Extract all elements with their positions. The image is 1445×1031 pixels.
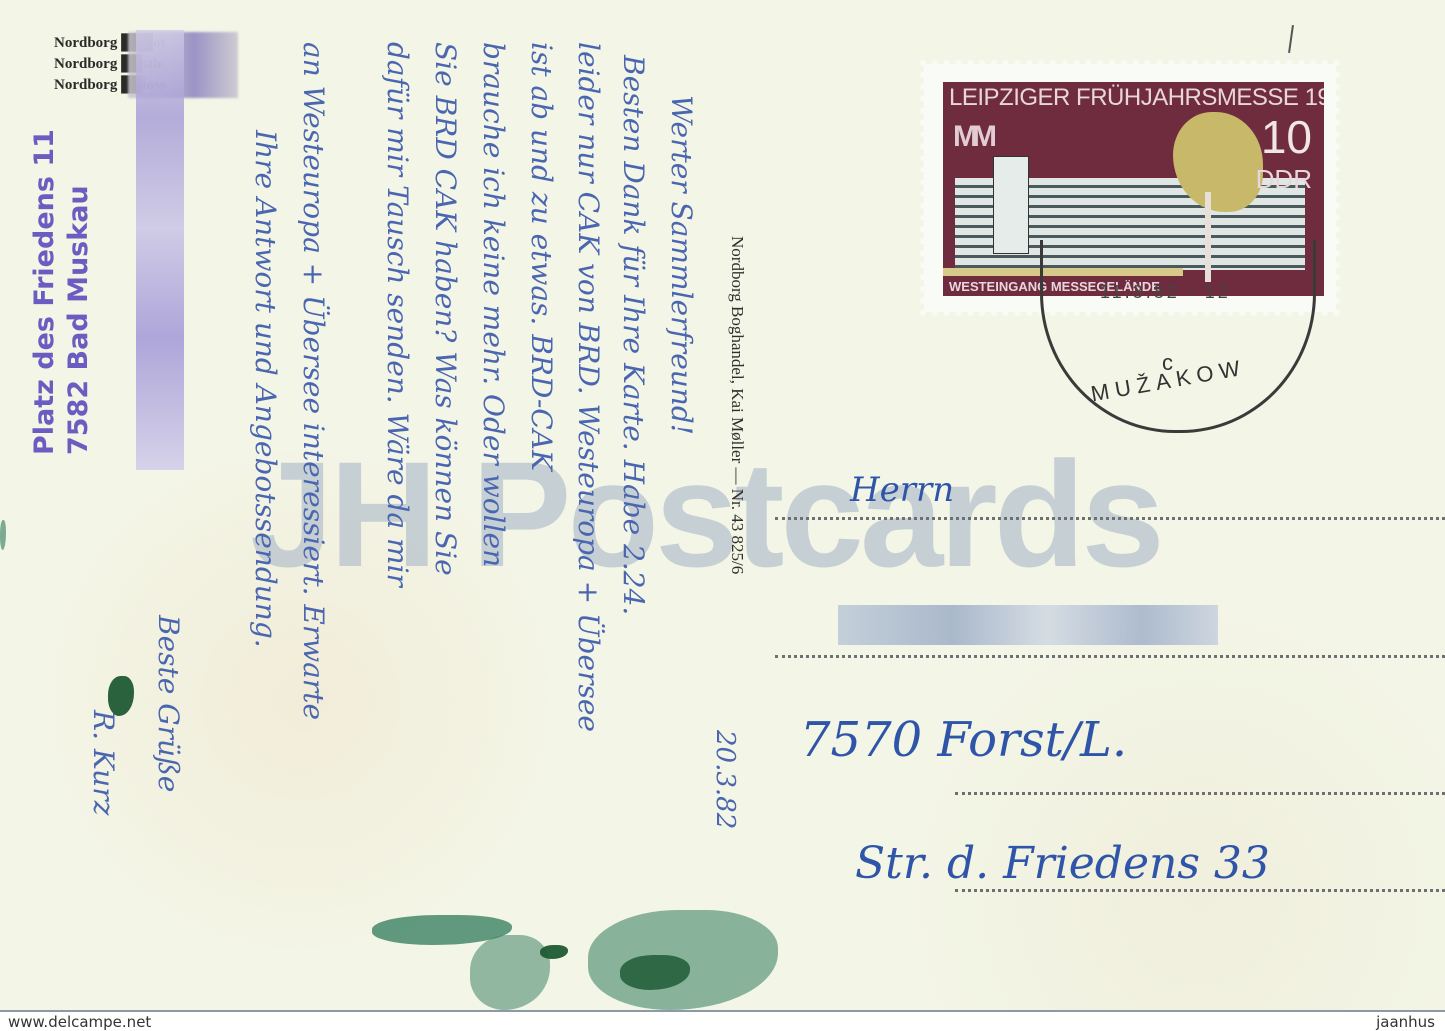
address-line-1 <box>775 517 1445 520</box>
message-line: an Westeuropa + Übersee interessiert. Er… <box>297 42 330 720</box>
stamp-building-tower <box>993 156 1029 254</box>
address-line-4 <box>955 889 1445 892</box>
address-city: 7570 Forst/L. <box>800 712 1127 768</box>
address-street: Str. d. Friedens 33 <box>855 838 1270 889</box>
postmark-date: 11.3.82 - 12 <box>1100 282 1231 303</box>
publisher-imprint: Nordborg Boghandel, Kai Møller — Nr. 43 … <box>727 236 747 574</box>
sender-city: 7582 Bad Muskau <box>62 129 96 455</box>
message-line: Ihre Antwort und Angebotssendung. <box>249 130 282 648</box>
redacted-recipient-name <box>838 605 1218 645</box>
seller-name: jaanhus <box>1376 1013 1435 1031</box>
ink-stain <box>540 945 568 959</box>
message-line: leider nur CAK von BRD. Westeuropa + Übe… <box>572 42 605 732</box>
stamp-title: LEIPZIGER FRÜHJAHRSMESSE 1982 <box>949 84 1324 112</box>
postmark-circle <box>1040 240 1316 433</box>
delcampe-link[interactable]: www.delcampe.net <box>8 1013 151 1031</box>
ink-stain <box>470 935 550 1010</box>
ink-stain <box>108 676 134 716</box>
messe-logo-icon: MM <box>953 120 991 154</box>
message-date: 20.3.82 <box>710 730 740 829</box>
message-line: brauche ich keine mehr. Oder wollen <box>477 42 510 567</box>
stamp-country: DDR <box>1256 164 1312 195</box>
message-line: ist ab und zu etwas. BRD-CAK <box>525 42 558 471</box>
message-line: Werter Sammlerfreund! <box>665 95 698 435</box>
sender-street: Platz des Friedens 11 <box>28 129 62 455</box>
message-line: Sie BRD CAK haben? Was können Sie <box>429 42 462 576</box>
message-line: dafür mir Tausch senden. Wäre da mir <box>381 42 414 587</box>
postcard-back: Nordborg ███ot Nordborg ██stle Nordborg … <box>0 0 1445 1012</box>
ink-stain <box>0 520 6 550</box>
address-line-3 <box>955 792 1445 795</box>
message-closing: Beste Grüße <box>152 615 185 792</box>
message-signature: R. Kurz <box>87 710 120 815</box>
stamp-value: 10 <box>1261 114 1312 160</box>
redacted-sender-name <box>136 30 184 470</box>
address-line-2 <box>775 655 1445 658</box>
sender-rubber-stamp: Platz des Friedens 11 7582 Bad Muskau <box>28 129 96 455</box>
message-line: Besten Dank für Ihre Karte. Habe 2.24. <box>617 55 650 615</box>
address-salutation: Herrn <box>850 470 954 510</box>
pen-mark <box>1288 25 1294 53</box>
